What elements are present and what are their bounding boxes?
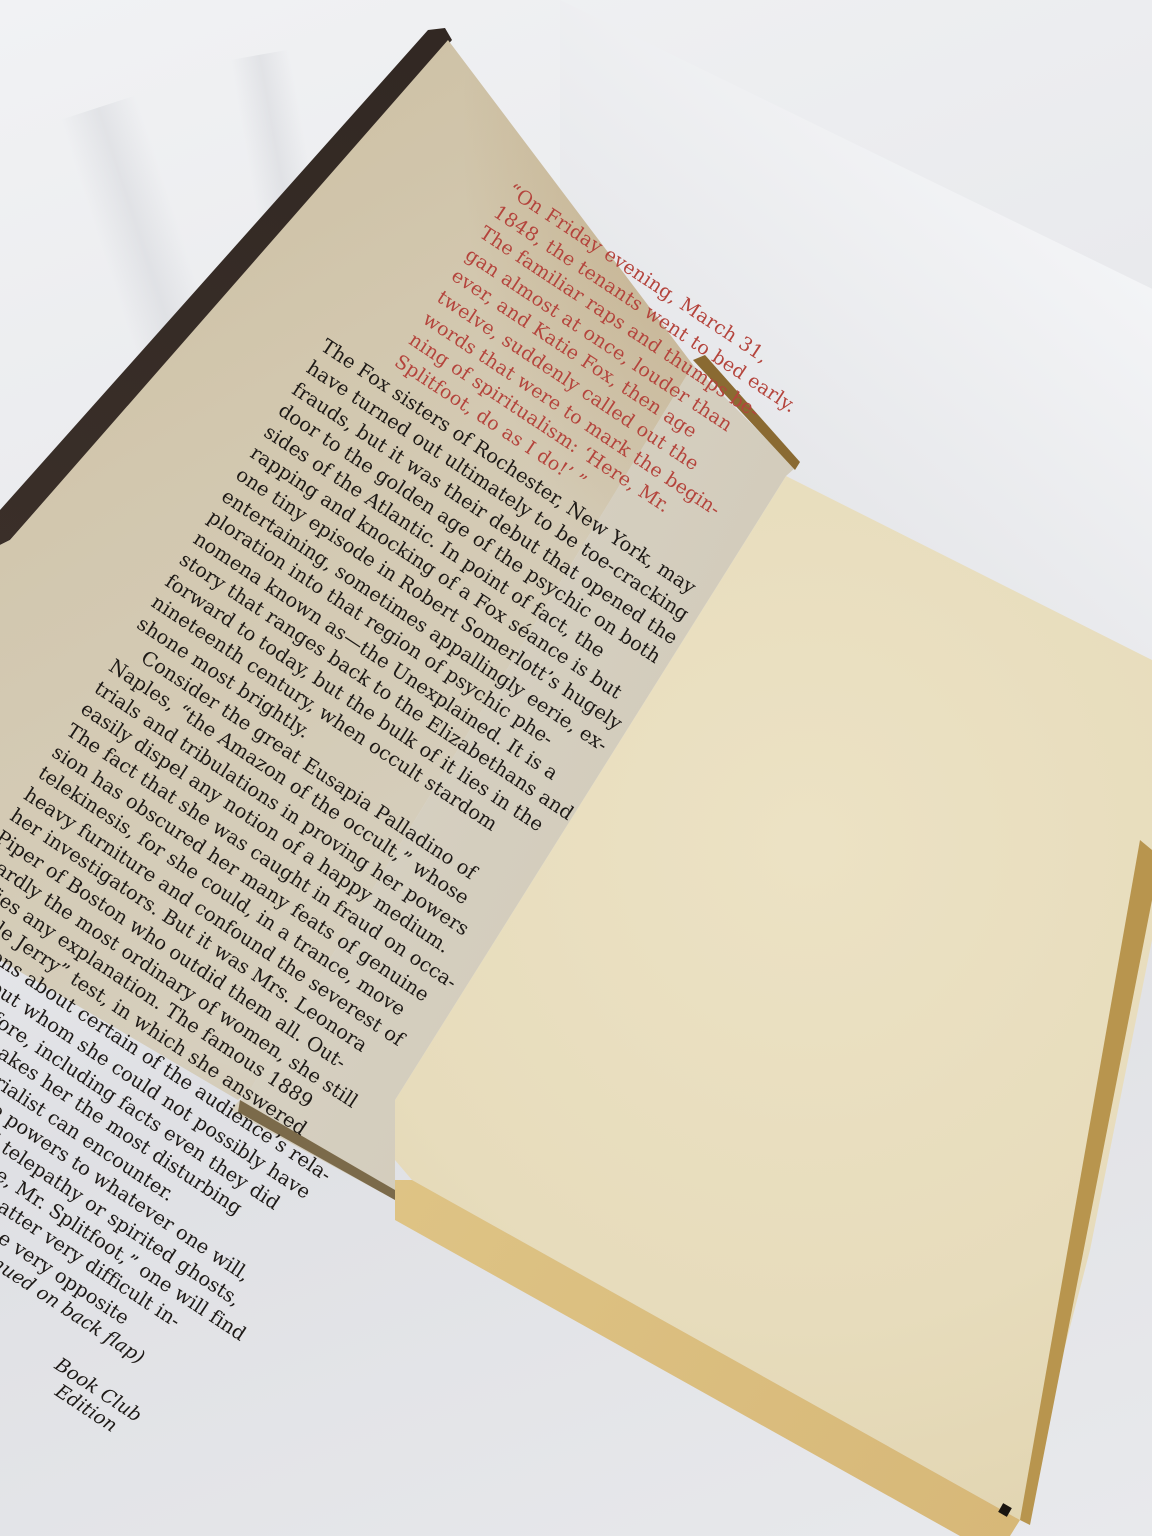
photo-scene: “On Friday evening, March 31, 1848, the …: [0, 0, 1152, 1536]
